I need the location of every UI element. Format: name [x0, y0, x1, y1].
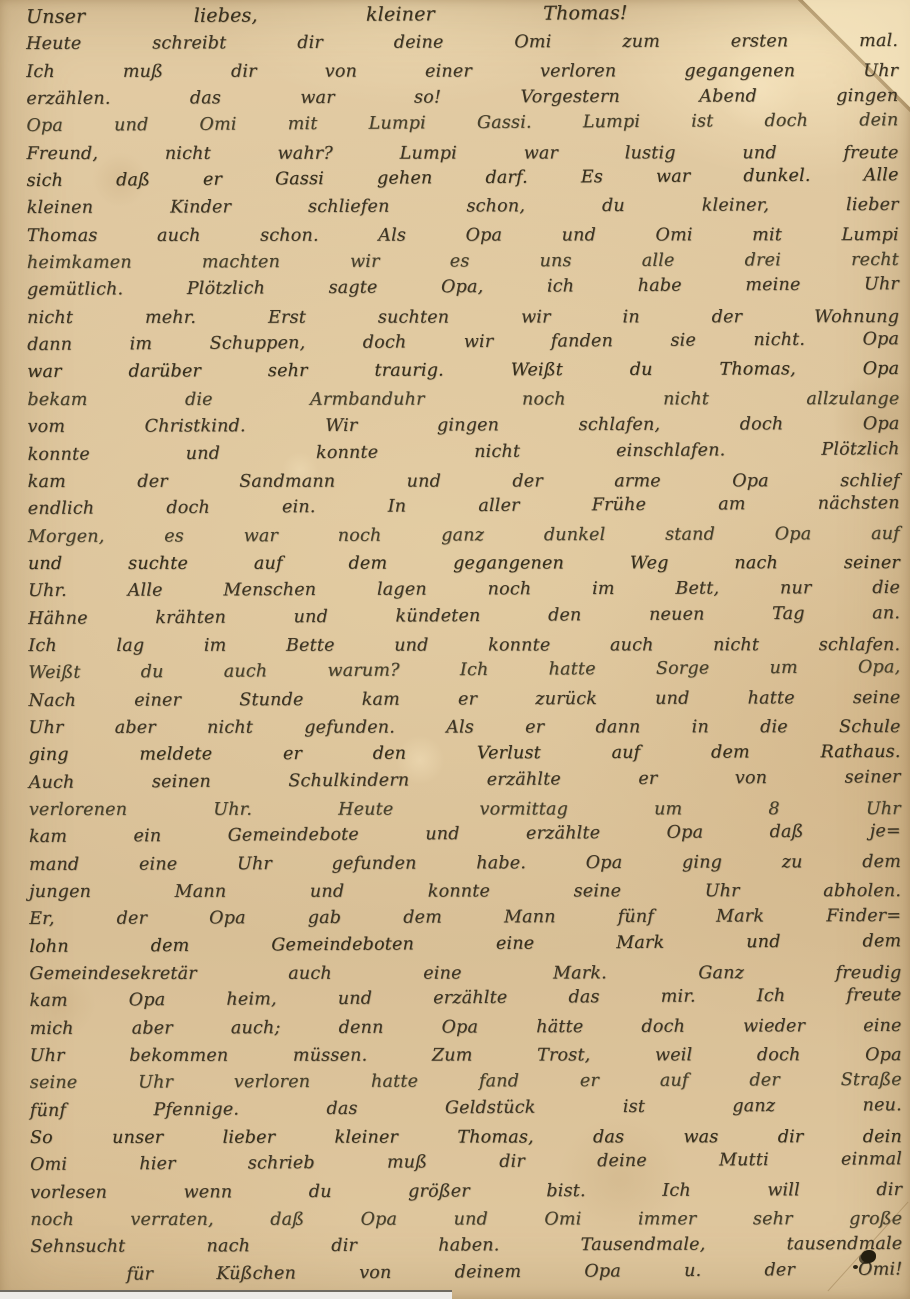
- handwritten-line: dann im Schuppen, doch wir fanden sie ni…: [27, 326, 899, 359]
- handwritten-line: bekam die Armbanduhr noch nicht allzulan…: [27, 386, 899, 414]
- handwritten-line: mich aber auch; denn Opa hätte doch wied…: [30, 1013, 902, 1043]
- letter-sheet: Unser liebes, kleiner Thomas!Heute schre…: [0, 0, 910, 1299]
- handwritten-line: und suchte auf dem gegangenen Weg nach s…: [28, 550, 900, 578]
- handwritten-line: noch verraten, daß Opa und Omi immer seh…: [30, 1206, 902, 1234]
- handwritten-line: Morgen, es war noch ganz dunkel stand Op…: [28, 520, 900, 550]
- handwritten-line: Hähne krähten und kündeten den neuen Tag…: [28, 600, 900, 633]
- handwritten-line: Uhr bekommen müssen. Zum Trost, weil doc…: [30, 1042, 902, 1070]
- closing-line: für Küßchen von deinem Opa u. der Omi!: [126, 1256, 902, 1288]
- letter-body: Unser liebes, kleiner Thomas!Heute schre…: [26, 1, 902, 1289]
- handwritten-line: sich daß er Gassi gehen darf. Es war dun…: [27, 162, 899, 195]
- handwritten-line: lohn dem Gemeindeboten eine Mark und dem: [29, 928, 901, 961]
- handwritten-line: kam Opa heim, und erzählte das mir. Ich …: [29, 983, 901, 1016]
- handwritten-line: gemütlich. Plötzlich sagte Opa, ich habe…: [27, 272, 899, 305]
- handwritten-line: Omi hier schrieb muß dir deine Mutti ein…: [30, 1147, 902, 1180]
- handwritten-line: Uhr aber nicht gefunden. Als er dann in …: [29, 714, 901, 742]
- handwritten-line: kleinen Kinder schliefen schon, du klein…: [27, 192, 899, 222]
- ink-blot: [861, 1250, 876, 1263]
- handwritten-line: Thomas auch schon. Als Opa und Omi mit L…: [27, 222, 899, 250]
- handwritten-line: vorlesen wenn du größer bist. Ich will d…: [30, 1177, 902, 1207]
- handwritten-line: Weißt du auch warum? Ich hatte Sorge um …: [28, 654, 900, 687]
- handwritten-line: jungen Mann und konnte seine Uhr abholen…: [29, 878, 901, 906]
- handwritten-line: Heute schreibt dir deine Omi zum ersten …: [26, 28, 898, 58]
- handwritten-line: Opa und Omi mit Lumpi Gassi. Lumpi ist d…: [26, 108, 898, 141]
- page-bottom-edge: [0, 1290, 452, 1299]
- ink-speck: [853, 1265, 858, 1269]
- handwritten-line: Nach einer Stunde kam er zurück und hatt…: [28, 685, 900, 715]
- salutation-line: Unser liebes, kleiner Thomas!: [26, 0, 628, 31]
- handwritten-line: Ich muß dir von einer verloren gegangene…: [26, 58, 898, 86]
- handwritten-line: konnte und konnte nicht einschlafen. Plö…: [27, 436, 899, 469]
- handwritten-line: endlich doch ein. In aller Frühe am näch…: [28, 490, 900, 523]
- handwritten-line: kam ein Gemeindebote und erzählte Opa da…: [29, 819, 901, 852]
- handwritten-line: Auch seinen Schulkindern erzählte er von…: [29, 764, 901, 797]
- handwritten-line: mand eine Uhr gefunden habe. Opa ging zu…: [29, 849, 901, 879]
- handwritten-line: war darüber sehr traurig. Weißt du Thoma…: [27, 356, 899, 386]
- handwritten-line: fünf Pfennige. das Geldstück ist ganz ne…: [30, 1092, 902, 1125]
